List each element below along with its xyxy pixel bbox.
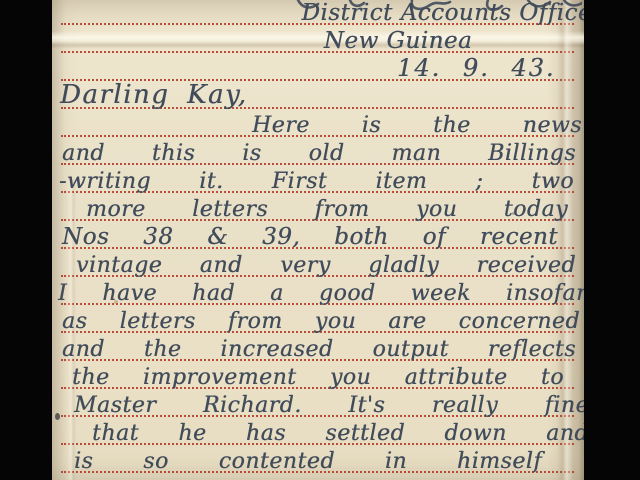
horizontal-fold-crease	[52, 31, 584, 49]
body-line: and this is old man Billings	[62, 141, 576, 166]
body-line: -writing it. First item ; two	[59, 169, 574, 194]
body-line: is so contented in himself	[74, 449, 542, 474]
body-line: I have had a good week insofar	[58, 281, 584, 306]
salutation-line: Darling Kay,	[60, 83, 247, 108]
ink-speck	[55, 413, 60, 420]
body-line: vintage and very gladly received	[76, 253, 576, 278]
body-line: Here is the news	[252, 113, 582, 138]
body-line: and the increased output reflects	[62, 337, 576, 362]
body-line: the improvement you attribute to	[72, 365, 564, 390]
ruled-line	[61, 51, 574, 53]
body-line: more letters from you today	[86, 197, 568, 222]
body-line: Nos 38 & 39, both of recent	[62, 225, 558, 250]
letter-paper: District Accounts Office New Guinea 14. …	[52, 0, 584, 480]
body-line: Master Richard. It's really fine	[74, 393, 584, 418]
letterhead-date-line: 14. 9. 43.	[397, 56, 532, 81]
body-line: that he has settled down and	[92, 421, 584, 446]
letterhead-office-line: District Accounts Office	[250, 1, 584, 26]
body-line: as letters from you are concerned	[62, 309, 580, 334]
letterhead-location-line: New Guinea	[320, 29, 476, 54]
